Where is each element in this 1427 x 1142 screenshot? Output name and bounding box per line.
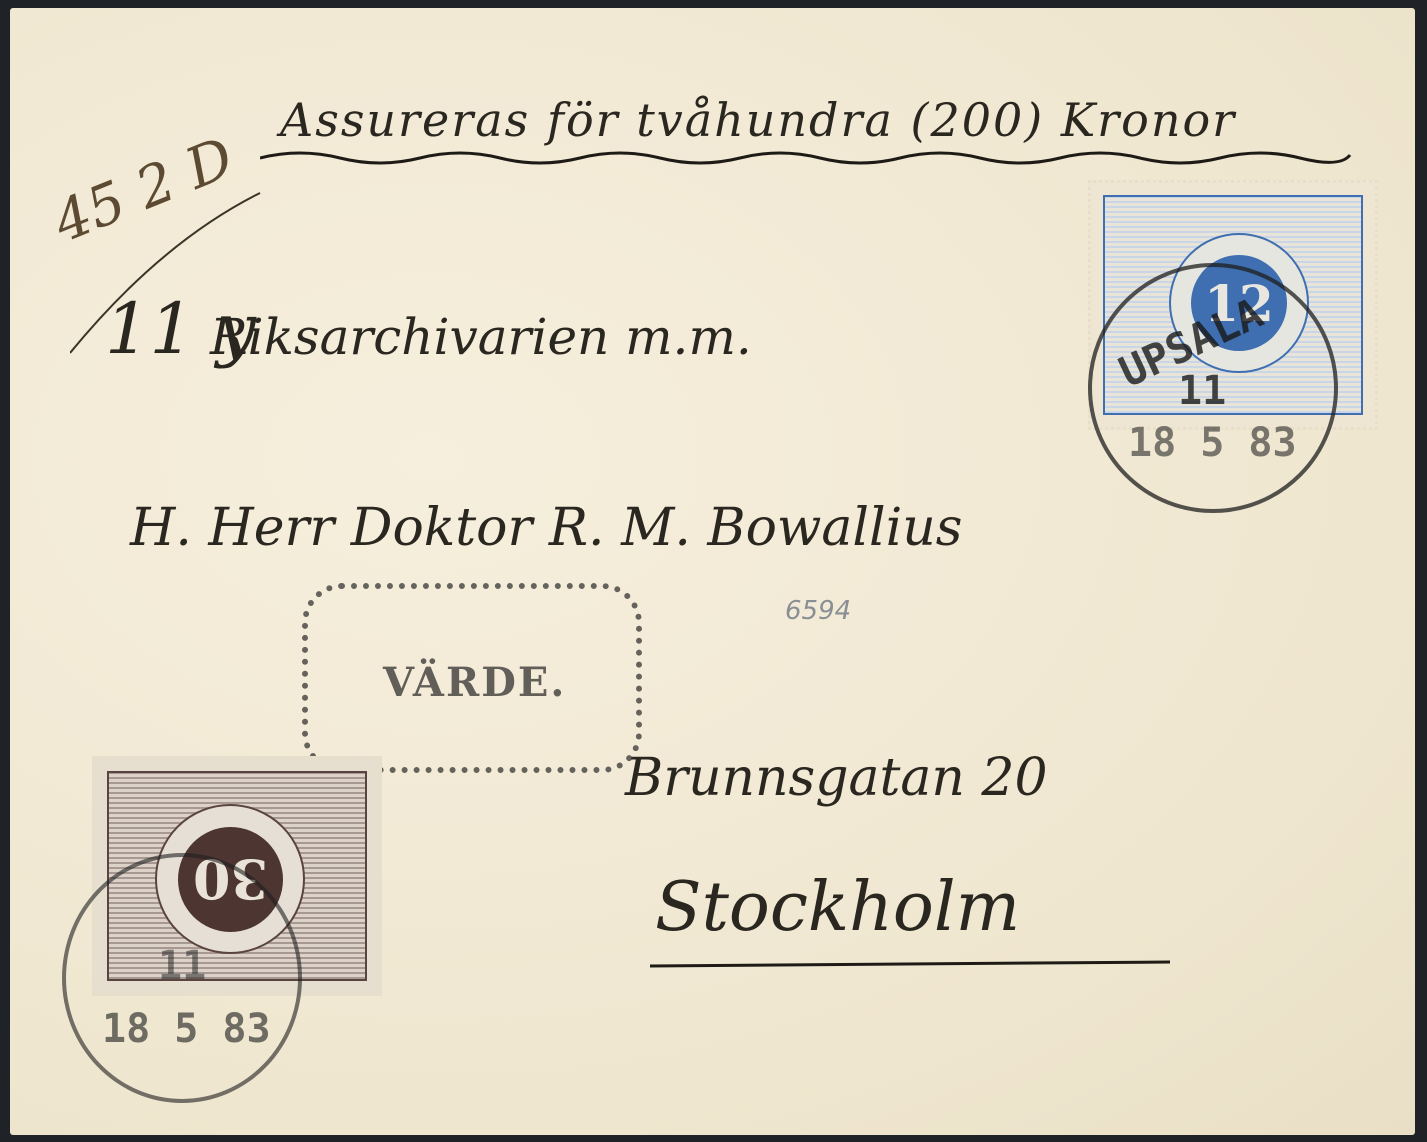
insurance-underline <box>260 143 1360 173</box>
postmark-lower-date: 18 5 83 <box>102 1006 271 1052</box>
pencil-number: 6594 <box>785 596 851 626</box>
registered-value-stamp: VÄRDE. <box>302 583 642 773</box>
postmark-upsala-date: 18 5 83 <box>1128 420 1297 466</box>
city-underline <box>650 956 1190 976</box>
envelope: 45 2 D 11 y Assureras för tvåhundra (200… <box>10 8 1415 1135</box>
street-address: Brunnsgatan 20 <box>625 748 1048 808</box>
insurance-note: Assureras för tvåhundra (200) Kronor <box>280 93 1236 147</box>
addressee-line-2: H. Herr Doktor R. M. Bowallius <box>130 498 962 558</box>
city: Stockholm <box>655 868 1020 947</box>
registered-value-label: VÄRDE. <box>383 659 566 706</box>
addressee-line-1: Riksarchivarien m.m. <box>210 308 752 366</box>
postmark-upsala-number: 11 <box>1178 368 1226 414</box>
postmark-lower-number: 11 <box>158 943 206 989</box>
